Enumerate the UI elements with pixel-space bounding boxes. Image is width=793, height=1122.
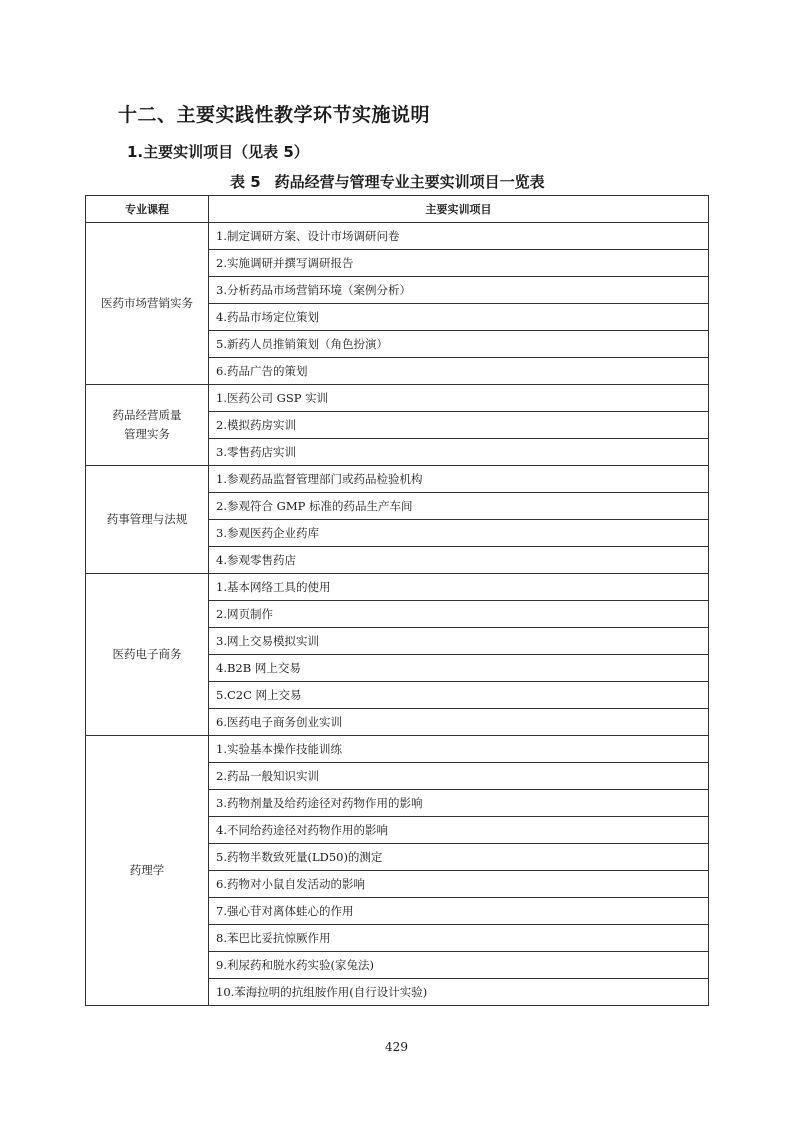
course-cell: 药事管理与法规 (86, 466, 209, 574)
project-cell: 3.参观医药企业药库 (209, 520, 709, 547)
course-cell: 医药电子商务 (86, 574, 209, 736)
section-title: 十二、主要实践性教学环节实施说明 (118, 100, 430, 127)
project-cell: 1.医药公司 GSP 实训 (209, 385, 709, 412)
table-row: 医药市场营销实务 1.制定调研方案、设计市场调研问卷 (86, 223, 709, 250)
project-cell: 1.制定调研方案、设计市场调研问卷 (209, 223, 709, 250)
project-cell: 1.基本网络工具的使用 (209, 574, 709, 601)
project-cell: 3.零售药店实训 (209, 439, 709, 466)
table-row: 药品经营质量 管理实务 1.医药公司 GSP 实训 (86, 385, 709, 412)
course-cell: 医药市场营销实务 (86, 223, 209, 385)
project-cell: 3.网上交易模拟实训 (209, 628, 709, 655)
project-cell: 3.分析药品市场营销环境（案例分析） (209, 277, 709, 304)
project-cell: 2.网页制作 (209, 601, 709, 628)
project-cell: 6.医药电子商务创业实训 (209, 709, 709, 736)
project-cell: 5.C2C 网上交易 (209, 682, 709, 709)
project-cell: 2.模拟药房实训 (209, 412, 709, 439)
course-line: 药品经营质量 (113, 408, 182, 422)
page-number: 429 (0, 1040, 793, 1054)
project-cell: 9.利尿药和脱水药实验(家兔法) (209, 952, 709, 979)
project-cell: 2.参观符合 GMP 标准的药品生产车间 (209, 493, 709, 520)
project-cell: 5.新药人员推销策划（角色扮演） (209, 331, 709, 358)
project-cell: 1.实验基本操作技能训练 (209, 736, 709, 763)
table-caption-text: 药品经营与管理专业主要实训项目一览表 (275, 173, 545, 191)
table-caption-number: 表 5 (230, 173, 261, 191)
table-row: 药理学 1.实验基本操作技能训练 (86, 736, 709, 763)
project-cell: 8.苯巴比妥抗惊厥作用 (209, 925, 709, 952)
project-cell: 3.药物剂量及给药途径对药物作用的影响 (209, 790, 709, 817)
table-row: 药事管理与法规 1.参观药品监督管理部门或药品检验机构 (86, 466, 709, 493)
header-projects: 主要实训项目 (209, 196, 709, 223)
project-cell: 4.B2B 网上交易 (209, 655, 709, 682)
project-cell: 6.药品广告的策划 (209, 358, 709, 385)
project-cell: 2.实施调研并撰写调研报告 (209, 250, 709, 277)
course-cell: 药品经营质量 管理实务 (86, 385, 209, 466)
project-cell: 4.不同给药途径对药物作用的影响 (209, 817, 709, 844)
training-projects-table: 专业课程 主要实训项目 医药市场营销实务 1.制定调研方案、设计市场调研问卷 2… (85, 195, 709, 1006)
project-cell: 4.参观零售药店 (209, 547, 709, 574)
project-cell: 6.药物对小鼠自发活动的影响 (209, 871, 709, 898)
table-row: 医药电子商务 1.基本网络工具的使用 (86, 574, 709, 601)
course-cell: 药理学 (86, 736, 209, 1006)
table-header-row: 专业课程 主要实训项目 (86, 196, 709, 223)
table-caption: 表 5药品经营与管理专业主要实训项目一览表 (230, 171, 545, 192)
project-cell: 4.药品市场定位策划 (209, 304, 709, 331)
project-cell: 10.苯海拉明的抗组胺作用(自行设计实验) (209, 979, 709, 1006)
project-cell: 1.参观药品监督管理部门或药品检验机构 (209, 466, 709, 493)
project-cell: 7.强心苷对离体蛙心的作用 (209, 898, 709, 925)
project-cell: 2.药品一般知识实训 (209, 763, 709, 790)
subsection-title: 1.主要实训项目（见表 5） (127, 141, 309, 162)
course-line: 管理实务 (124, 427, 170, 441)
project-cell: 5.药物半数致死量(LD50)的测定 (209, 844, 709, 871)
header-course: 专业课程 (86, 196, 209, 223)
